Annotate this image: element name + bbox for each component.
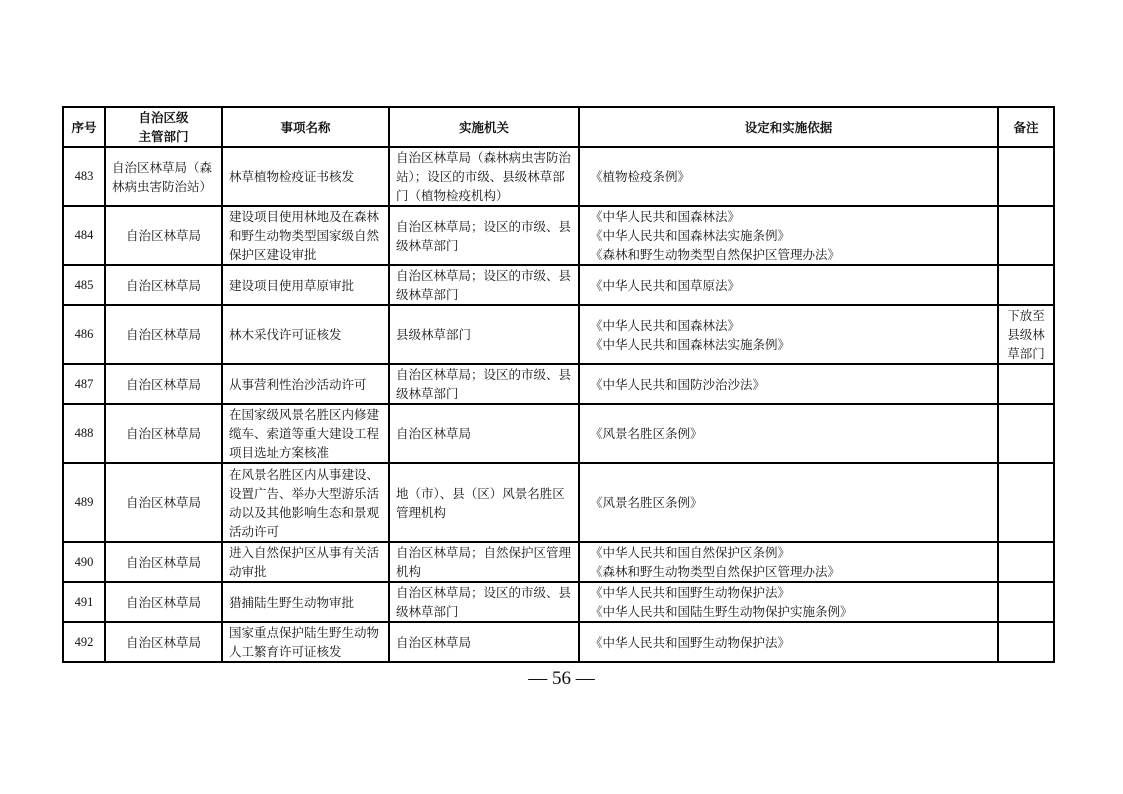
row-note — [998, 265, 1054, 305]
row-item: 进入自然保护区从事有关活动审批 — [222, 542, 389, 582]
row-note — [998, 147, 1054, 206]
row-dept: 自治区林草局 — [105, 206, 222, 265]
row-basis: 《中华人民共和国森林法》《中华人民共和国森林法实施条例》《森林和野生动物类型自然… — [579, 206, 998, 265]
row-agency: 自治区林草局；设区的市级、县级林草部门 — [389, 265, 579, 305]
row-number: 492 — [63, 622, 105, 662]
basis-law: 《中华人民共和国陆生野生动物保护实施条例》 — [590, 602, 991, 621]
table-row: 488自治区林草局在国家级风景名胜区内修建缆车、索道等重大建设工程项目选址方案核… — [63, 404, 1054, 463]
header-basis: 设定和实施依据 — [579, 107, 998, 147]
row-agency: 县级林草部门 — [389, 305, 579, 364]
basis-law: 《中华人民共和国自然保护区条例》 — [590, 543, 991, 562]
row-basis: 《中华人民共和国草原法》 — [579, 265, 998, 305]
row-item: 国家重点保护陆生野生动物人工繁育许可证核发 — [222, 622, 389, 662]
header-agency: 实施机关 — [389, 107, 579, 147]
row-note — [998, 582, 1054, 622]
row-dept: 自治区林草局 — [105, 463, 222, 542]
basis-law: 《中华人民共和国森林法》 — [590, 207, 991, 226]
row-item: 林木采伐许可证核发 — [222, 305, 389, 364]
row-dept: 自治区林草局 — [105, 622, 222, 662]
table-row: 487自治区林草局从事营利性治沙活动许可自治区林草局；设区的市级、县级林草部门《… — [63, 364, 1054, 404]
row-agency: 自治区林草局；设区的市级、县级林草部门 — [389, 582, 579, 622]
table-row: 492自治区林草局国家重点保护陆生野生动物人工繁育许可证核发自治区林草局《中华人… — [63, 622, 1054, 662]
table-row: 483自治区林草局（森林病虫害防治站）林草植物检疫证书核发自治区林草局（森林病虫… — [63, 147, 1054, 206]
row-item: 林草植物检疫证书核发 — [222, 147, 389, 206]
row-basis: 《风景名胜区条例》 — [579, 463, 998, 542]
row-item: 建设项目使用林地及在森林和野生动物类型国家级自然保护区建设审批 — [222, 206, 389, 265]
table-row: 486自治区林草局林木采伐许可证核发县级林草部门《中华人民共和国森林法》《中华人… — [63, 305, 1054, 364]
basis-law: 《风景名胜区条例》 — [590, 493, 991, 512]
table-row: 485自治区林草局建设项目使用草原审批自治区林草局；设区的市级、县级林草部门《中… — [63, 265, 1054, 305]
row-agency: 自治区林草局 — [389, 622, 579, 662]
basis-law: 《中华人民共和国野生动物保护法》 — [590, 583, 991, 602]
row-note — [998, 404, 1054, 463]
table-row: 491自治区林草局猎捕陆生野生动物审批自治区林草局；设区的市级、县级林草部门《中… — [63, 582, 1054, 622]
row-agency: 自治区林草局 — [389, 404, 579, 463]
table-header-row: 序号 自治区级主管部门 事项名称 实施机关 设定和实施依据 备注 — [63, 107, 1054, 147]
basis-law: 《中华人民共和国草原法》 — [590, 276, 991, 295]
row-number: 488 — [63, 404, 105, 463]
row-item: 在国家级风景名胜区内修建缆车、索道等重大建设工程项目选址方案核准 — [222, 404, 389, 463]
row-item: 猎捕陆生野生动物审批 — [222, 582, 389, 622]
basis-law: 《中华人民共和国防沙治沙法》 — [590, 375, 991, 394]
table-row: 489自治区林草局在风景名胜区内从事建设、设置广告、举办大型游乐活动以及其他影响… — [63, 463, 1054, 542]
row-dept: 自治区林草局（森林病虫害防治站） — [105, 147, 222, 206]
row-basis: 《中华人民共和国野生动物保护法》 — [579, 622, 998, 662]
basis-law: 《植物检疫条例》 — [590, 167, 991, 186]
row-note: 下放至县级林草部门 — [998, 305, 1054, 364]
page-number: — 56 — — [0, 668, 1123, 690]
basis-law: 《中华人民共和国野生动物保护法》 — [590, 633, 991, 652]
row-basis: 《风景名胜区条例》 — [579, 404, 998, 463]
basis-law: 《中华人民共和国森林法实施条例》 — [590, 335, 991, 354]
row-note — [998, 206, 1054, 265]
table-row: 484自治区林草局建设项目使用林地及在森林和野生动物类型国家级自然保护区建设审批… — [63, 206, 1054, 265]
row-number: 483 — [63, 147, 105, 206]
row-number: 489 — [63, 463, 105, 542]
row-agency: 地（市）、县（区）风景名胜区管理机构 — [389, 463, 579, 542]
row-dept: 自治区林草局 — [105, 265, 222, 305]
approval-items-table: 序号 自治区级主管部门 事项名称 实施机关 设定和实施依据 备注 483自治区林… — [62, 106, 1055, 663]
basis-law: 《森林和野生动物类型自然保护区管理办法》 — [590, 245, 991, 264]
row-note — [998, 463, 1054, 542]
basis-law: 《风景名胜区条例》 — [590, 424, 991, 443]
header-note: 备注 — [998, 107, 1054, 147]
row-dept: 自治区林草局 — [105, 542, 222, 582]
row-dept: 自治区林草局 — [105, 305, 222, 364]
row-basis: 《中华人民共和国野生动物保护法》《中华人民共和国陆生野生动物保护实施条例》 — [579, 582, 998, 622]
row-item: 建设项目使用草原审批 — [222, 265, 389, 305]
row-agency: 自治区林草局；设区的市级、县级林草部门 — [389, 206, 579, 265]
row-agency: 自治区林草局（森林病虫害防治站）；设区的市级、县级林草部门（植物检疫机构） — [389, 147, 579, 206]
row-item: 在风景名胜区内从事建设、设置广告、举办大型游乐活动以及其他影响生态和景观活动许可 — [222, 463, 389, 542]
row-dept: 自治区林草局 — [105, 582, 222, 622]
header-item: 事项名称 — [222, 107, 389, 147]
table-row: 490自治区林草局进入自然保护区从事有关活动审批自治区林草局；自然保护区管理机构… — [63, 542, 1054, 582]
header-no: 序号 — [63, 107, 105, 147]
row-basis: 《植物检疫条例》 — [579, 147, 998, 206]
row-agency: 自治区林草局；设区的市级、县级林草部门 — [389, 364, 579, 404]
row-number: 485 — [63, 265, 105, 305]
row-dept: 自治区林草局 — [105, 404, 222, 463]
row-number: 491 — [63, 582, 105, 622]
row-note — [998, 622, 1054, 662]
row-number: 484 — [63, 206, 105, 265]
basis-law: 《森林和野生动物类型自然保护区管理办法》 — [590, 562, 991, 581]
row-basis: 《中华人民共和国自然保护区条例》《森林和野生动物类型自然保护区管理办法》 — [579, 542, 998, 582]
basis-law: 《中华人民共和国森林法实施条例》 — [590, 226, 991, 245]
row-number: 486 — [63, 305, 105, 364]
row-dept: 自治区林草局 — [105, 364, 222, 404]
row-agency: 自治区林草局；自然保护区管理机构 — [389, 542, 579, 582]
header-dept: 自治区级主管部门 — [105, 107, 222, 147]
row-note — [998, 542, 1054, 582]
row-basis: 《中华人民共和国森林法》《中华人民共和国森林法实施条例》 — [579, 305, 998, 364]
row-note — [998, 364, 1054, 404]
row-number: 487 — [63, 364, 105, 404]
row-number: 490 — [63, 542, 105, 582]
row-basis: 《中华人民共和国防沙治沙法》 — [579, 364, 998, 404]
basis-law: 《中华人民共和国森林法》 — [590, 316, 991, 335]
row-item: 从事营利性治沙活动许可 — [222, 364, 389, 404]
